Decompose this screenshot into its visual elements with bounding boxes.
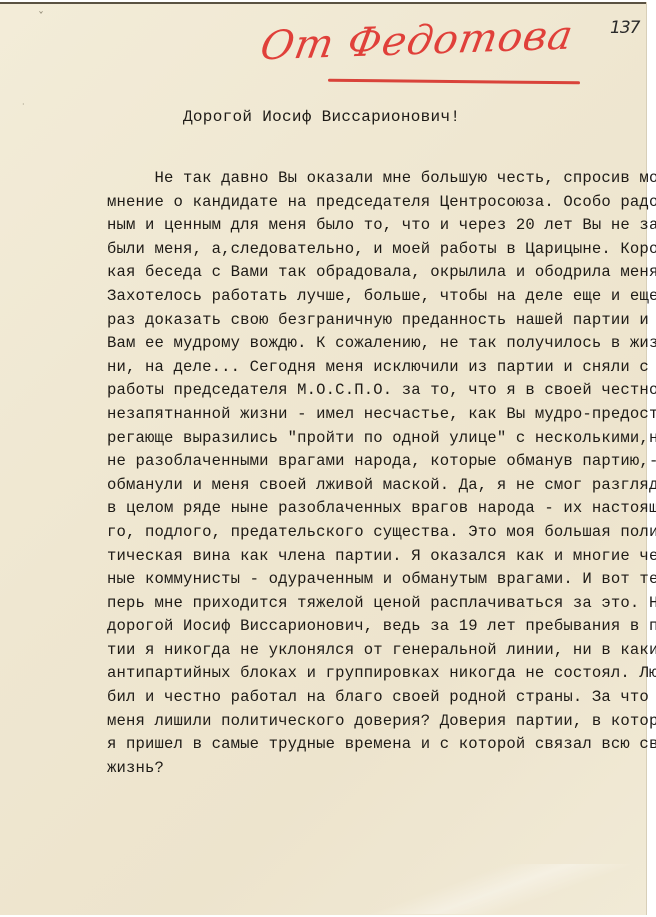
body-line: кая беседа с Вами так обрадовала, окрыли…: [107, 261, 647, 285]
salutation: Дорогой Иосиф Виссарионович!: [183, 108, 460, 126]
body-line: ные коммунисты - одураченным и обманутым…: [107, 568, 647, 592]
handwritten-annotation: От Федотова: [257, 13, 577, 70]
body-line: ни, на деле... Сегодня меня исключили из…: [107, 356, 647, 380]
letter-body: Не так давно Вы оказали мне большую чест…: [107, 167, 647, 780]
body-line: меня лишили политического доверия? Довер…: [107, 710, 647, 734]
body-line: жизнь?: [107, 757, 647, 781]
body-line: ным и ценным для меня было то, что и чер…: [107, 214, 647, 238]
body-line: го, подлого, предательского существа. Эт…: [107, 521, 647, 545]
body-line: незапятнанной жизни - имел несчастье, ка…: [107, 403, 647, 427]
body-line: тическая вина как члена партии. Я оказал…: [107, 545, 647, 569]
body-line: обманули и меня своей лживой маской. Да,…: [107, 474, 647, 498]
annotation-underline: [328, 79, 580, 85]
margin-mark: ·: [22, 100, 25, 109]
document-page: ˇ · 137 От Федотова Дорогой Иосиф Виссар…: [0, 2, 646, 915]
body-line: Захотелось работать лучше, больше, чтобы…: [107, 285, 647, 309]
body-line: бил и честно работал на благо своей родн…: [107, 686, 647, 710]
body-line: я пришел в самые трудные времена и с кот…: [107, 733, 647, 757]
archive-page-number: 137: [610, 18, 639, 38]
margin-mark: ˇ: [38, 10, 44, 24]
body-line: мнение о кандидате на председателя Центр…: [107, 191, 647, 215]
body-line: работы председателя М.О.С.П.О. за то, чт…: [107, 379, 647, 403]
body-line: антипартийных блоках и группировках нико…: [107, 662, 647, 686]
body-line: Не так давно Вы оказали мне большую чест…: [107, 167, 647, 191]
body-line: в целом ряде ныне разоблаченных врагов н…: [107, 497, 647, 521]
body-line: Вам ее мудрому вождю. К сожалению, не та…: [107, 332, 647, 356]
body-line: тии я никогда не уклонялся от генерально…: [107, 639, 647, 663]
body-line: были меня, а,следовательно, и моей работ…: [107, 238, 647, 262]
paper-crease: [330, 864, 630, 914]
body-line: раз доказать свою безграничную преданнос…: [107, 309, 647, 333]
body-line: перь мне приходится тяжелой ценой распла…: [107, 592, 647, 616]
body-line: регающе выразились "пройти по одной улиц…: [107, 427, 647, 451]
body-line: дорогой Иосиф Виссарионович, ведь за 19 …: [107, 615, 647, 639]
body-line: не разоблаченными врагами народа, которы…: [107, 450, 647, 474]
